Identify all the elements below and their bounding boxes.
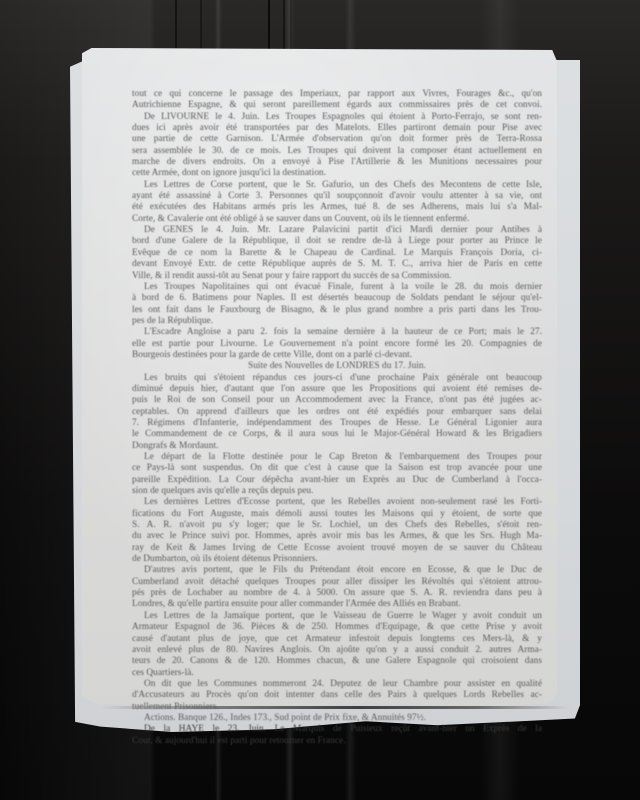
text-line: ce Pays-là sont suspendus. On dit que c'… [132,463,542,474]
text-line: pareille Expédition. La Cour dépêcha ava… [132,475,542,486]
text-line: ces Quartiers-là. [132,668,542,679]
text-line: Les Lettres de la Jamaïque portent, que … [132,611,542,622]
text-line: bord d'une Galere de la République, il d… [132,236,542,247]
text-line: S. A. R. n'avoit pu s'y loger; que le Sr… [132,520,542,531]
text-line: Cour, & aujourd'hui il est parti pour re… [132,736,542,747]
text-line: Dongrafs & Mordaunt. [132,441,542,452]
text-line: Autrichienne Espagne, & qui seront parei… [132,100,542,111]
text-line: ayant été assassiné à Corte 3. Personnes… [132,191,542,202]
text-line: à bord de 6. Batimens pour Naples. Il es… [132,293,542,304]
text-line: Londres, & qu'elle partira ensuite pour … [132,599,542,610]
text-line: Les bruits qui s'étoient répandus ces jo… [132,373,542,384]
text-line: les ont fait dans le Fauxbourg de Bisagn… [132,305,542,316]
text-line: On dit que les Communes nommeront 24. De… [132,679,542,690]
text-line: puis le Roi de son Conseil pour un Accom… [132,395,542,406]
text-line: fications du Fort Auguste, mais démoli a… [132,509,542,520]
text-line: causé d'autant plus de joye, que cet Arm… [132,634,542,645]
text-line: ceptables. On apprend d'ailleurs que les… [132,407,542,418]
text-line: cette Armée, dont on ignore jusqu'ici la… [132,168,542,179]
text-line: avoit enlevé plus de 80. Navires Anglois… [132,645,542,656]
text-line: diminué depuis hier, d'autant que l'on a… [132,384,542,395]
text-line: Evêque de ce nom la Barette & le Chapeau… [132,248,542,259]
text-line: Armateur Espagnol de 36. Pièces & de 250… [132,622,542,633]
text-line: d'Accusateurs au Procès qu'on doit inten… [132,690,542,701]
text-line: D'autres avis portent, que le Fils du Pr… [132,565,542,576]
text-line: du avec le Prince suivi por. Hommes, apr… [132,531,542,542]
text-line: de Dumbarton, où ils étoient détenus Pri… [132,554,542,565]
text-line: De LIVOURNE le 4. Juin. Les Troupes Espa… [132,112,542,123]
text-line: dues ici après avoir été transportées pa… [132,123,542,134]
text-line: Les dernières Lettres d'Ecosse portent, … [132,497,542,508]
text-line: devant Envoyé Extr. de cette République … [132,259,542,270]
text-line: Les Lettres de Corse portent, que le Sr.… [132,180,542,191]
text-line: marche de divers endroits. On a envoyé à… [132,157,542,168]
article-text: tout ce qui concerne le passage des Impe… [132,89,542,747]
text-line: tout ce qui concerne le passage des Impe… [132,89,542,100]
text-line: sera assemblée le 30. de ce mois. Les Tr… [132,146,542,157]
text-line: Suite des Nouvelles de LONDRES du 17. Ju… [132,361,542,372]
text-line: De GENES le 4. Juin. Mr. Lazare Palavici… [132,225,542,236]
text-line: elle est partie pour Livourne. Le Gouver… [132,339,542,350]
text-line: Le départ de la Flotte destinée pour le … [132,452,542,463]
text-line: teurs de 20. Canons & de 120. Hommes cha… [132,656,542,667]
text-line: sion de quelques avis qu'elle a reçûs de… [132,486,542,497]
text-line: pes de la République. [132,316,542,327]
text-line: De la HAYE le 23. Juin. Le Marquis de Pu… [132,724,542,735]
text-line: Cumberland avoit détaché quelques Troupe… [132,577,542,588]
text-line: L'Escadre Angloise a paru 2. fois la sem… [132,327,542,338]
text-line: été exécutées des Habitans armés pris le… [132,202,542,213]
text-line: Bourgeois destinées pour la garde de cet… [132,350,542,361]
text-line: le Commandement de ce Corps, & il aura s… [132,429,542,440]
text-line: Actions. Banque 126., Indes 173., Sud po… [132,713,542,724]
text-line: Ville, & il rendit aussi-tôt au Senat po… [132,271,542,282]
text-line: 7. Régimens d'Infanterie, indépendamment… [132,418,542,429]
text-line: une partie de cette Garnison. L'Armée d'… [132,134,542,145]
text-line: pés près de Lochaber au nombre de 4. à 5… [132,588,542,599]
text-line: ray de Keit & James Irving de Cette Ecos… [132,543,542,554]
text-line: Corte, & Cavalerie ont été obligé à se s… [132,214,542,225]
text-line: tuellement Prisonniers. [132,702,542,713]
text-line: Les Troupes Napolitaines qui ont évacué … [132,282,542,293]
